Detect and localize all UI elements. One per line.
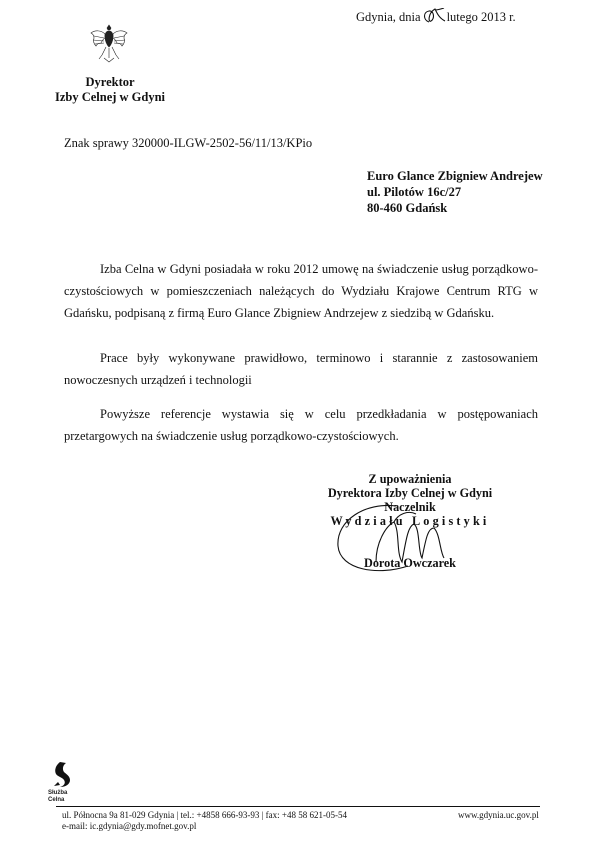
recipient-name: Euro Glance Zbigniew Andrejew <box>367 168 543 184</box>
paragraph-first-line: Prace były wykonywane prawidłowo, termin… <box>64 347 538 369</box>
recipient-city: 80-460 Gdańsk <box>367 200 543 216</box>
date-prefix: Gdynia, dnia <box>356 10 421 24</box>
logo-caption-line2: Celna <box>48 797 67 804</box>
polish-eagle-emblem-icon <box>88 22 130 66</box>
body-paragraph-2: Prace były wykonywane prawidłowo, termin… <box>64 347 538 391</box>
signature-on-behalf: Dyrektora Izby Celnej w Gdyni <box>318 486 502 500</box>
body-paragraph-1: Izba Celna w Gdyni posiadała w roku 2012… <box>64 258 538 324</box>
case-reference: Znak sprawy 320000-ILGW-2502-56/11/13/KP… <box>64 136 312 151</box>
paragraph-text: nowoczesnych urządzeń i technologii <box>64 373 252 387</box>
sluzba-celna-logo-icon <box>48 760 76 790</box>
footer-email[interactable]: e-mail: ic.gdynia@gdy.mofnet.gov.pl <box>62 821 347 832</box>
logo-caption: Służba Celna <box>48 790 67 804</box>
paragraph-first-line: Powyższe referencje wystawia się w celu … <box>64 403 538 425</box>
signature-department: Wydziału Logistyki <box>318 514 502 528</box>
body-paragraph-3: Powyższe referencje wystawia się w celu … <box>64 403 538 447</box>
signature-position: Naczelnik <box>318 500 502 514</box>
logo-caption-line1: Służba <box>48 790 67 797</box>
recipient-street: ul. Pilotów 16c/27 <box>367 184 543 200</box>
handwritten-day-icon <box>421 8 447 24</box>
footer-address: ul. Północna 9a 81-029 Gdynia | tel.: +4… <box>62 810 347 821</box>
paragraph-first-line: Izba Celna w Gdyni posiadała w roku 2012… <box>64 258 538 280</box>
signatory-name: Dorota Owczarek <box>318 556 502 570</box>
paragraph-text: przetargowych na świadczenie usług porzą… <box>64 429 399 443</box>
issuer-title: Dyrektor <box>40 75 180 90</box>
footer-contact: ul. Północna 9a 81-029 Gdynia | tel.: +4… <box>62 810 347 832</box>
letter-date: Gdynia, dnialutego 2013 r. <box>356 8 516 25</box>
issuer-office: Izby Celnej w Gdyni <box>40 90 180 105</box>
footer-website[interactable]: www.gdynia.uc.gov.pl <box>458 810 539 821</box>
paragraph-text: czystościowych w pomieszczeniach należąc… <box>64 284 538 320</box>
recipient-address: Euro Glance Zbigniew Andrejew ul. Pilotó… <box>367 168 543 216</box>
signature-block: Z upoważnienia Dyrektora Izby Celnej w G… <box>318 472 502 570</box>
date-suffix: lutego 2013 r. <box>447 10 516 24</box>
footer-divider <box>56 806 540 807</box>
signature-authorization: Z upoważnienia <box>318 472 502 486</box>
